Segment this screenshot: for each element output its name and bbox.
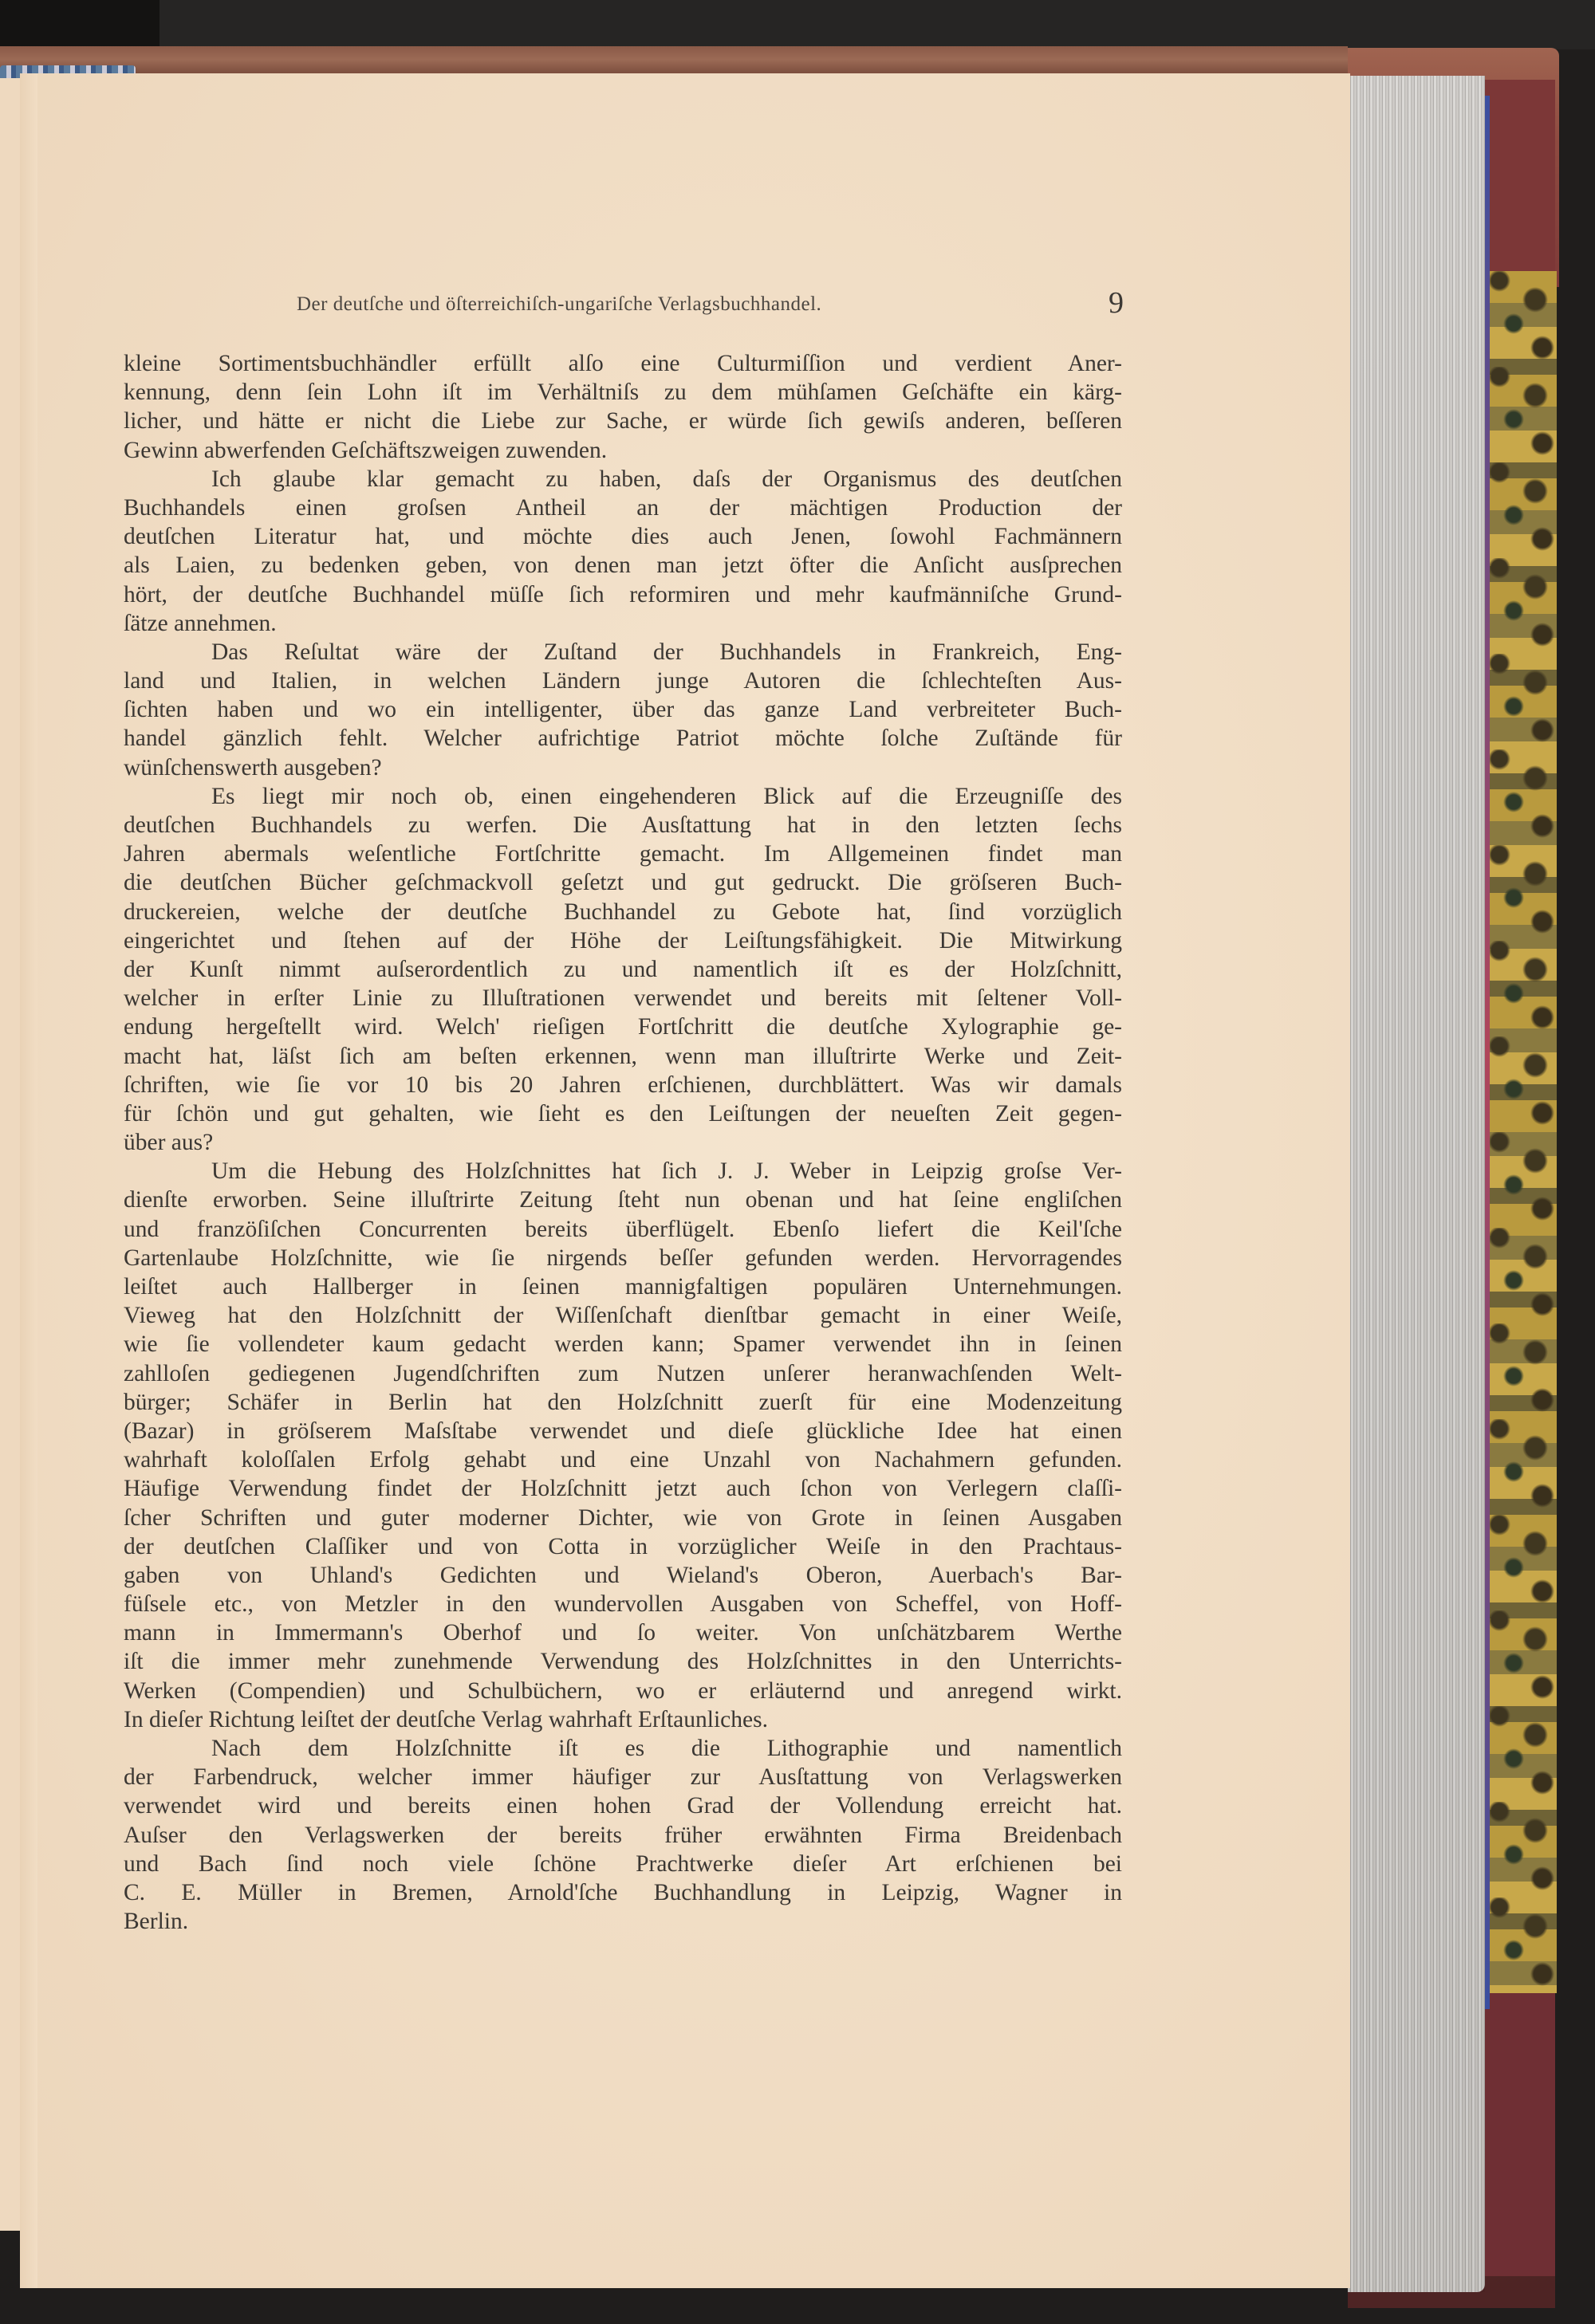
text-line: ſchriften, wie ſie vor 10 bis 20 Jahren … <box>124 1071 1122 1099</box>
text-line: Berlin. <box>124 1907 1122 1936</box>
text-line: Buchhandels einen groſsen Antheil an der… <box>124 494 1122 522</box>
text-line: In dieſer Richtung leiſtet der deutſche … <box>124 1705 1122 1734</box>
text-line: und franzöſiſchen Concurrenten bereits ü… <box>124 1215 1122 1244</box>
text-line: ſcher Schriften und guter moderner Dicht… <box>124 1504 1122 1532</box>
running-head: Der deutſche und öſterreichiſch-ungariſc… <box>297 293 821 316</box>
text-line: verwendet wird und bereits einen hohen G… <box>124 1791 1122 1820</box>
text-line: bürger; Schäfer in Berlin hat den Holzſc… <box>124 1388 1122 1417</box>
text-line: mann in Immermann's Oberhof und ſo weite… <box>124 1618 1122 1647</box>
text-line: (Bazar) in gröſserem Maſsſtabe verwendet… <box>124 1417 1122 1445</box>
text-line: hört, der deutſche Buchhandel müſſe ſich… <box>124 580 1122 609</box>
text-line: druckereien, welche der deutſche Buchhan… <box>124 898 1122 926</box>
text-line: der deutſchen Claſſiker und von Cotta in… <box>124 1532 1122 1561</box>
text-line: Das Reſultat wäre der Zuſtand der Buchha… <box>124 638 1122 667</box>
page-fore-edge <box>1348 76 1485 2292</box>
text-line: wie ſie vollendeter kaum gedacht werden … <box>124 1330 1122 1359</box>
book-binding-leather <box>1483 80 1555 271</box>
text-line: Um die Hebung des Holzſchnittes hat ſich… <box>124 1157 1122 1186</box>
text-line: der Kunſt nimmt auſserordentlich zu und … <box>124 955 1122 984</box>
text-line: als Laien, zu bedenken geben, von denen … <box>124 551 1122 580</box>
body-text: kleine Sortimentsbuchhändler erfüllt alſ… <box>124 349 1122 1936</box>
text-line: gaben von Uhland's Gedichten und Wieland… <box>124 1561 1122 1590</box>
text-line: welcher in erſter Linie zu Illuſtratione… <box>124 984 1122 1013</box>
text-line: Vieweg hat den Holzſchnitt der Wiſſenſch… <box>124 1301 1122 1330</box>
text-line: deutſchen Buchhandels zu werfen. Die Aus… <box>124 811 1122 840</box>
text-line: wahrhaft koloſſalen Erfolg gehabt und ei… <box>124 1445 1122 1474</box>
text-line: dienſte erworben. Seine illuſtrirte Zeit… <box>124 1186 1122 1214</box>
text-line: eingerichtet und ſtehen auf der Höhe der… <box>124 926 1122 955</box>
text-line: iſt die immer mehr zunehmende Verwendung… <box>124 1647 1122 1676</box>
text-line: macht hat, läſst ſich am beſten erkennen… <box>124 1042 1122 1071</box>
text-line: endung hergeſtellt wird. Welch' rieſigen… <box>124 1013 1122 1041</box>
headband-thread <box>1485 96 1490 2009</box>
text-line: land und Italien, in welchen Ländern jun… <box>124 667 1122 695</box>
text-line: und Bach ſind noch viele ſchöne Prachtwe… <box>124 1850 1122 1878</box>
text-line: handel gänzlich fehlt. Welcher aufrichti… <box>124 724 1122 753</box>
background-top <box>0 0 1595 49</box>
text-line: leiſtet auch Hallberger in ſeinen mannig… <box>124 1272 1122 1301</box>
page-number: 9 <box>1109 285 1124 320</box>
text-line: füſsele etc., von Metzler in den wunderv… <box>124 1590 1122 1618</box>
page-gutter-shadow <box>20 73 37 2288</box>
previous-page-edge <box>0 78 21 2231</box>
text-line: Auſser den Verlagswerken der bereits frü… <box>124 1821 1122 1850</box>
text-line: deutſchen Literatur hat, und möchte dies… <box>124 522 1122 551</box>
book-binding-top-edge <box>0 46 1348 73</box>
text-line: für ſchön und gut gehalten, wie ſieht es… <box>124 1099 1122 1128</box>
text-line: Jahren abermals weſentliche Fortſchritte… <box>124 840 1122 868</box>
text-line: wünſchenswerth ausgeben? <box>124 753 1122 782</box>
text-line: Nach dem Holzſchnitte iſt es die Lithogr… <box>124 1734 1122 1763</box>
text-line: licher, und hätte er nicht die Liebe zur… <box>124 407 1122 435</box>
text-line: die deutſchen Bücher geſchmackvoll geſet… <box>124 868 1122 897</box>
text-line: ſätze annehmen. <box>124 609 1122 638</box>
text-line: kennung, denn ſein Lohn iſt im Verhältni… <box>124 378 1122 407</box>
text-line: Ich glaube klar gemacht zu haben, daſs d… <box>124 465 1122 494</box>
text-line: über aus? <box>124 1128 1122 1157</box>
text-line: C. E. Müller in Bremen, Arnold'ſche Buch… <box>124 1878 1122 1907</box>
text-line: Gartenlaube Holzſchnitte, wie ſie nirgen… <box>124 1244 1122 1272</box>
text-line: Es liegt mir noch ob, einen eingehendere… <box>124 782 1122 811</box>
text-line: ſichten haben und wo ein intelligenter, … <box>124 695 1122 724</box>
text-line: zahlloſen gediegenen Jugendſchriften zum… <box>124 1359 1122 1388</box>
text-line: kleine Sortimentsbuchhändler erfüllt alſ… <box>124 349 1122 378</box>
text-line: Werken (Compendien) und Schulbüchern, wo… <box>124 1677 1122 1705</box>
text-line: der Farbendruck, welcher immer häufiger … <box>124 1763 1122 1791</box>
marbled-cover-edge <box>1485 271 1557 1993</box>
text-line: Häufige Verwendung findet der Holzſchnit… <box>124 1474 1122 1503</box>
text-line: Gewinn abwerfenden Geſchäftszweigen zuwe… <box>124 436 1122 465</box>
